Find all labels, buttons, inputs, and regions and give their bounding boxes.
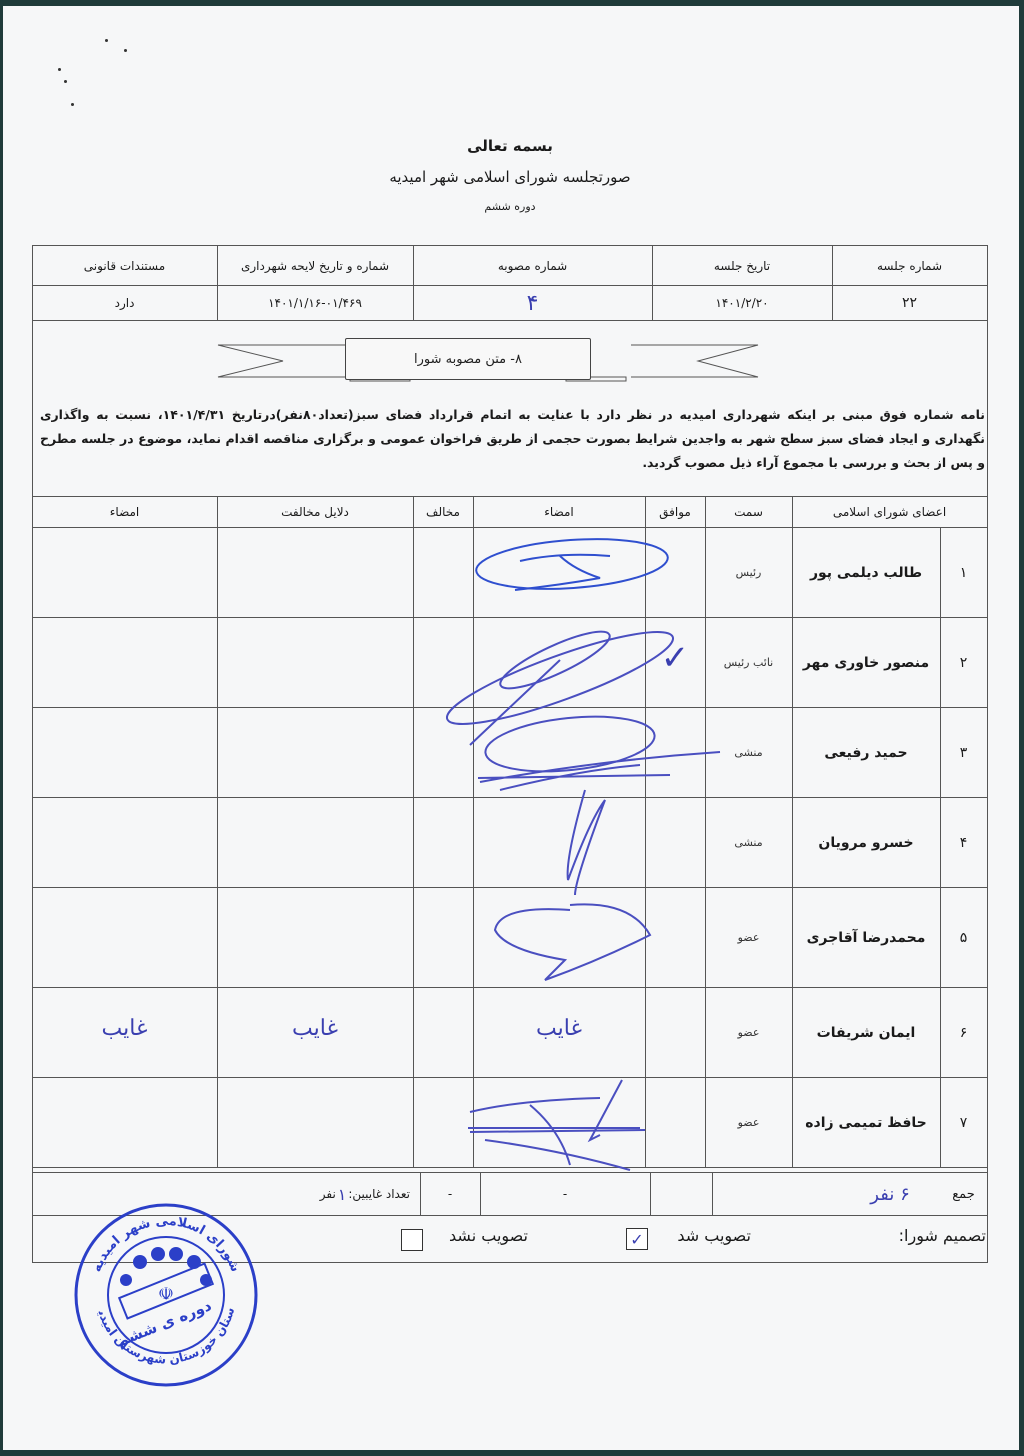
emblem-icon: ☫ bbox=[158, 1284, 174, 1305]
council-seal-stamp: شورای اسلامی شهر امیدیه دوره ی ششم استان… bbox=[68, 1200, 264, 1390]
